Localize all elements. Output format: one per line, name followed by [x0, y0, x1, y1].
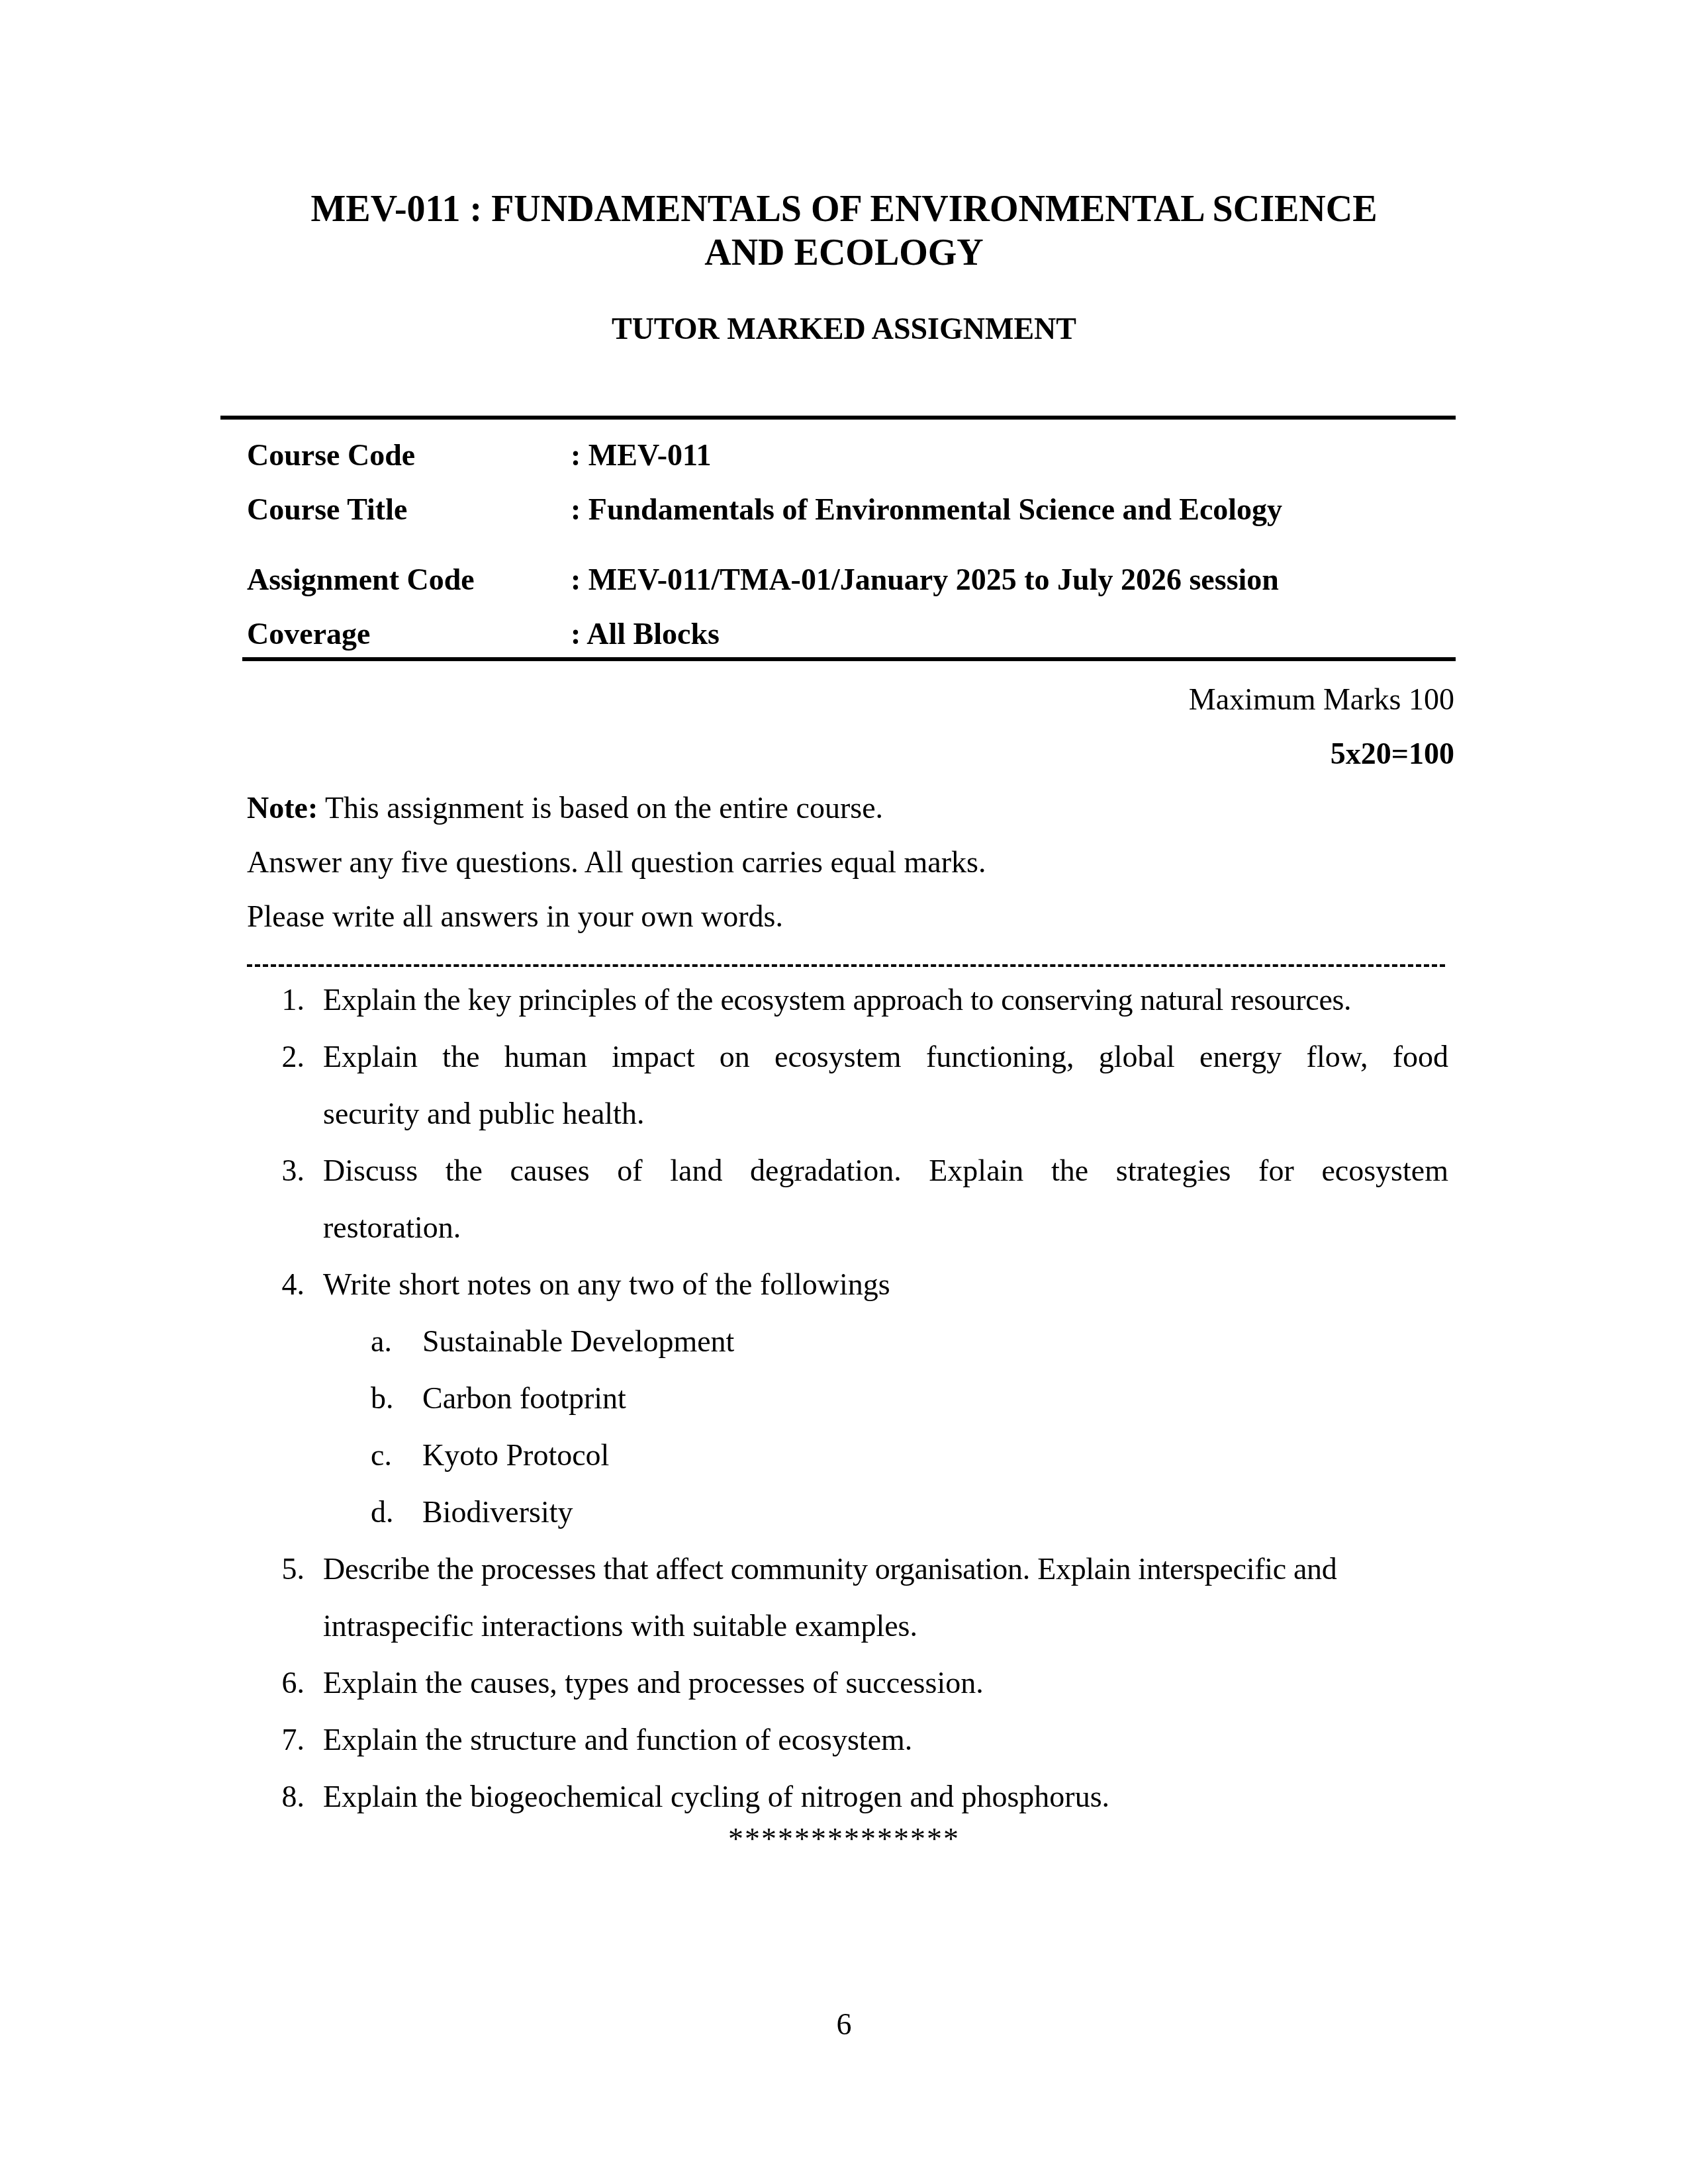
question-4-text: Write short notes on any two of the foll… [323, 1256, 1448, 1313]
question-5-text-cont: intraspecific interactions with suitable… [323, 1598, 1448, 1655]
assignment-code-value: : MEV-011/TMA-01/January 2025 to July 20… [571, 561, 1279, 598]
document-title: MEV-011 : FUNDAMENTALS OF ENVIRONMENTAL … [0, 187, 1688, 275]
bottom-divider [242, 657, 1456, 661]
assignment-code-label: Assignment Code [247, 561, 475, 598]
question-3-text: Discuss the causes of land degradation. … [323, 1142, 1448, 1199]
question-2-number: 2. [252, 1038, 305, 1075]
dashed-separator [247, 964, 1445, 967]
title-line-2: AND ECOLOGY [0, 231, 1688, 275]
title-line-1: MEV-011 : FUNDAMENTALS OF ENVIRONMENTAL … [0, 187, 1688, 231]
note-line-1: Note: This assignment is based on the en… [247, 790, 883, 827]
question-7-text: Explain the structure and function of ec… [323, 1711, 1448, 1768]
question-2-text: Explain the human impact on ecosystem fu… [323, 1028, 1448, 1085]
question-1-number: 1. [252, 981, 305, 1019]
end-marker: ************** [0, 1821, 1688, 1856]
question-4c-letter: c. [371, 1437, 392, 1474]
note-text: This assignment is based on the entire c… [318, 791, 883, 825]
question-4a-letter: a. [371, 1323, 392, 1360]
question-5-number: 5. [252, 1551, 305, 1588]
note-label: Note: [247, 791, 318, 825]
course-code-label: Course Code [247, 437, 415, 474]
course-code-value: : MEV-011 [571, 437, 712, 474]
note-line-3: Please write all answers in your own wor… [247, 898, 783, 935]
question-4-number: 4. [252, 1266, 305, 1303]
question-7-number: 7. [252, 1721, 305, 1758]
question-4b-text: Carbon footprint [422, 1380, 626, 1417]
note-line-2: Answer any five questions. All question … [247, 844, 986, 881]
page-number: 6 [0, 2007, 1688, 2042]
course-title-label: Course Title [247, 491, 407, 528]
top-divider [220, 416, 1456, 420]
question-3-number: 3. [252, 1152, 305, 1189]
question-8-number: 8. [252, 1778, 305, 1815]
question-6-number: 6. [252, 1664, 305, 1702]
question-1-text: Explain the key principles of the ecosys… [323, 972, 1448, 1028]
question-2-text-cont: security and public health. [323, 1085, 1448, 1142]
question-6-text: Explain the causes, types and processes … [323, 1655, 1448, 1711]
question-3-text-cont: restoration. [323, 1199, 1448, 1256]
question-4d-text: Biodiversity [422, 1494, 573, 1531]
coverage-label: Coverage [247, 615, 370, 653]
question-5-text: Describe the processes that affect commu… [323, 1541, 1448, 1598]
maximum-marks: Maximum Marks 100 [1189, 682, 1454, 717]
course-title-value: : Fundamentals of Environmental Science … [571, 491, 1282, 528]
coverage-value: : All Blocks [571, 615, 720, 653]
document-subtitle: TUTOR MARKED ASSIGNMENT [0, 311, 1688, 346]
marks-breakdown: 5x20=100 [1331, 736, 1454, 771]
question-4c-text: Kyoto Protocol [422, 1437, 609, 1474]
question-4d-letter: d. [371, 1494, 394, 1531]
question-8-text: Explain the biogeochemical cycling of ni… [323, 1768, 1448, 1825]
question-4b-letter: b. [371, 1380, 394, 1417]
question-4a-text: Sustainable Development [422, 1323, 734, 1360]
